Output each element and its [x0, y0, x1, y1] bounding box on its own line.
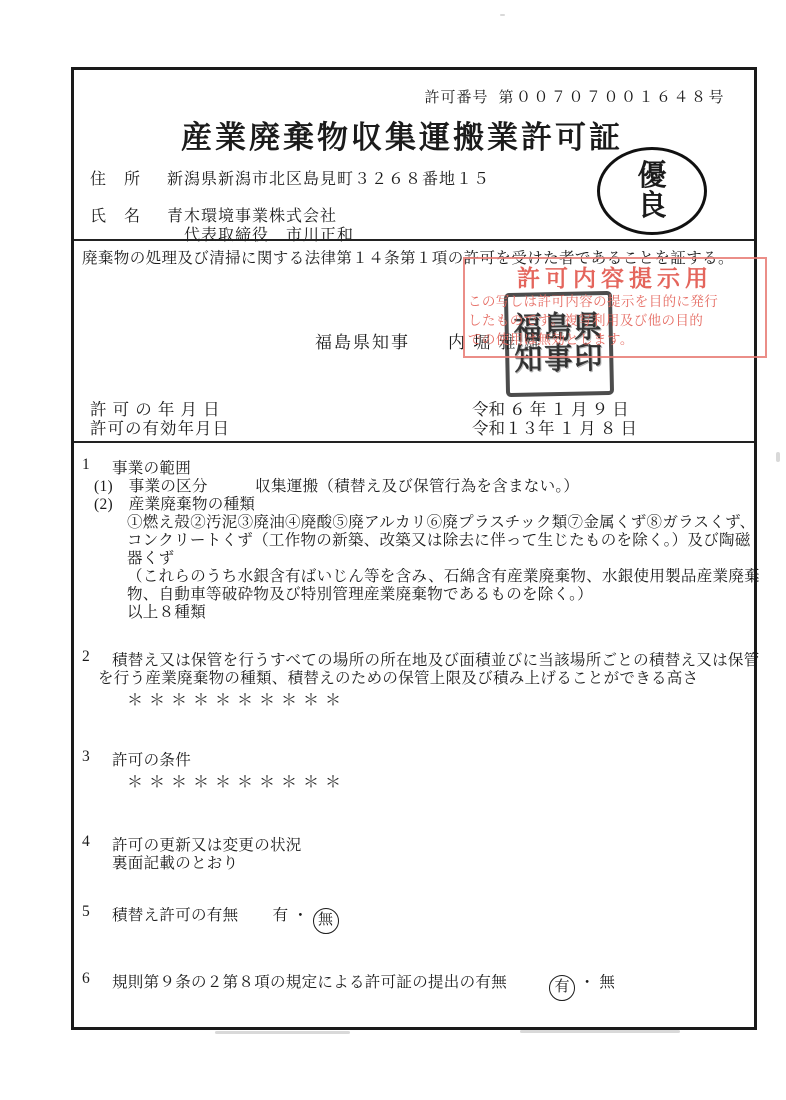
dates-divider — [74, 441, 754, 443]
expiry-date-row: 許可の有効年月日 — [90, 415, 230, 439]
section3-heading: 許可の条件 — [112, 748, 191, 770]
address-label: 住 所 — [90, 166, 162, 189]
section4-number: 4 — [82, 833, 90, 851]
representative-row: 代表取締役 市川正和 — [184, 222, 354, 245]
permit-number-label: 許可番号 — [424, 90, 488, 106]
scan-smudge — [520, 1030, 680, 1033]
badge-char-top: 優 — [637, 161, 666, 191]
red-stamp-title: 許可内容提示用 — [465, 260, 765, 293]
section5-option-no-circled: 無 — [313, 908, 339, 934]
expiry-date-value: 令和１３年 １ 月 ８ 日 — [472, 415, 637, 439]
red-stamp-line2: したものです。複写利用及び他の目的 — [468, 311, 765, 330]
address-row: 住 所 新潟県新潟市北区島見町３２６８番地１５ — [90, 166, 490, 189]
section6-option-yes-circled: 有 — [549, 975, 575, 1001]
section6-heading: 規則第９条の２第８項の規定による許可証の提出の有無 — [112, 974, 507, 991]
section2-asterisks: ＊＊＊＊＊＊＊＊＊＊ — [127, 687, 347, 710]
permit-document: 許可番号第００７０７００１６４８号 産業廃棄物収集運搬業許可証 住 所 新潟県新… — [71, 67, 757, 1030]
scan-smudge — [500, 14, 505, 16]
section2-number: 2 — [82, 648, 90, 666]
representative-name: 代表取締役 市川正和 — [184, 227, 354, 244]
permit-number-value: 第００７０７００１６４８号 — [498, 90, 726, 106]
expiry-date-label: 許可の有効年月日 — [90, 419, 230, 438]
red-stamp-line1: この写しは許可内容の提示を目的に発行 — [468, 292, 765, 311]
red-stamp-line3: での使用は無効とします。 — [468, 330, 765, 349]
section3-number: 3 — [82, 748, 90, 766]
permit-number: 許可番号第００７０７００１６４８号 — [424, 86, 726, 107]
excellent-rating-stamp: 優 良 — [597, 147, 707, 235]
section6-row: 規則第９条の２第８項の規定による許可証の提出の有無 有 ・ 無 — [112, 970, 615, 1001]
section6-separator: ・ — [579, 974, 595, 991]
section1-kind-line2: コンクリートくず（工作物の新築、改築又は除去に伴って生じたものを除く。）及び陶磁 — [127, 528, 751, 550]
section5-separator: ・ — [293, 907, 309, 924]
header-divider — [74, 239, 754, 241]
scan-smudge — [215, 1031, 350, 1034]
section1-total-kinds: 以上８種類 — [127, 600, 206, 622]
red-stamp-body: この写しは許可内容の提示を目的に発行 したものです。複写利用及び他の目的 での使… — [468, 292, 765, 349]
section4-body: 裏面記載のとおり — [112, 851, 238, 873]
section6-number: 6 — [82, 970, 90, 988]
section5-heading: 積替え許可の有無 — [112, 907, 238, 924]
section5-number: 5 — [82, 903, 90, 921]
address-value: 新潟県新潟市北区島見町３２６８番地１５ — [167, 171, 490, 188]
section6-option-no: 無 — [599, 974, 615, 991]
name-label: 氏 名 — [90, 203, 162, 226]
scan-smudge — [776, 452, 780, 462]
section2-line2: を行う産業廃棄物の種類、積替えのための保管上限及び積み上げることができる高さ — [98, 666, 698, 688]
section1-number: 1 — [82, 456, 90, 474]
section3-asterisks: ＊＊＊＊＊＊＊＊＊＊ — [127, 769, 347, 792]
section5-option-yes: 有 — [273, 907, 289, 924]
red-notice-stamp: 許可内容提示用 この写しは許可内容の提示を目的に発行 したものです。複写利用及び… — [463, 257, 767, 358]
scanned-permit-page: 許可番号第００７０７００１６４８号 産業廃棄物収集運搬業許可証 住 所 新潟県新… — [0, 0, 786, 1100]
section5-row: 積替え許可の有無 有 ・ 無 — [112, 903, 339, 934]
badge-char-bottom: 良 — [637, 191, 666, 221]
